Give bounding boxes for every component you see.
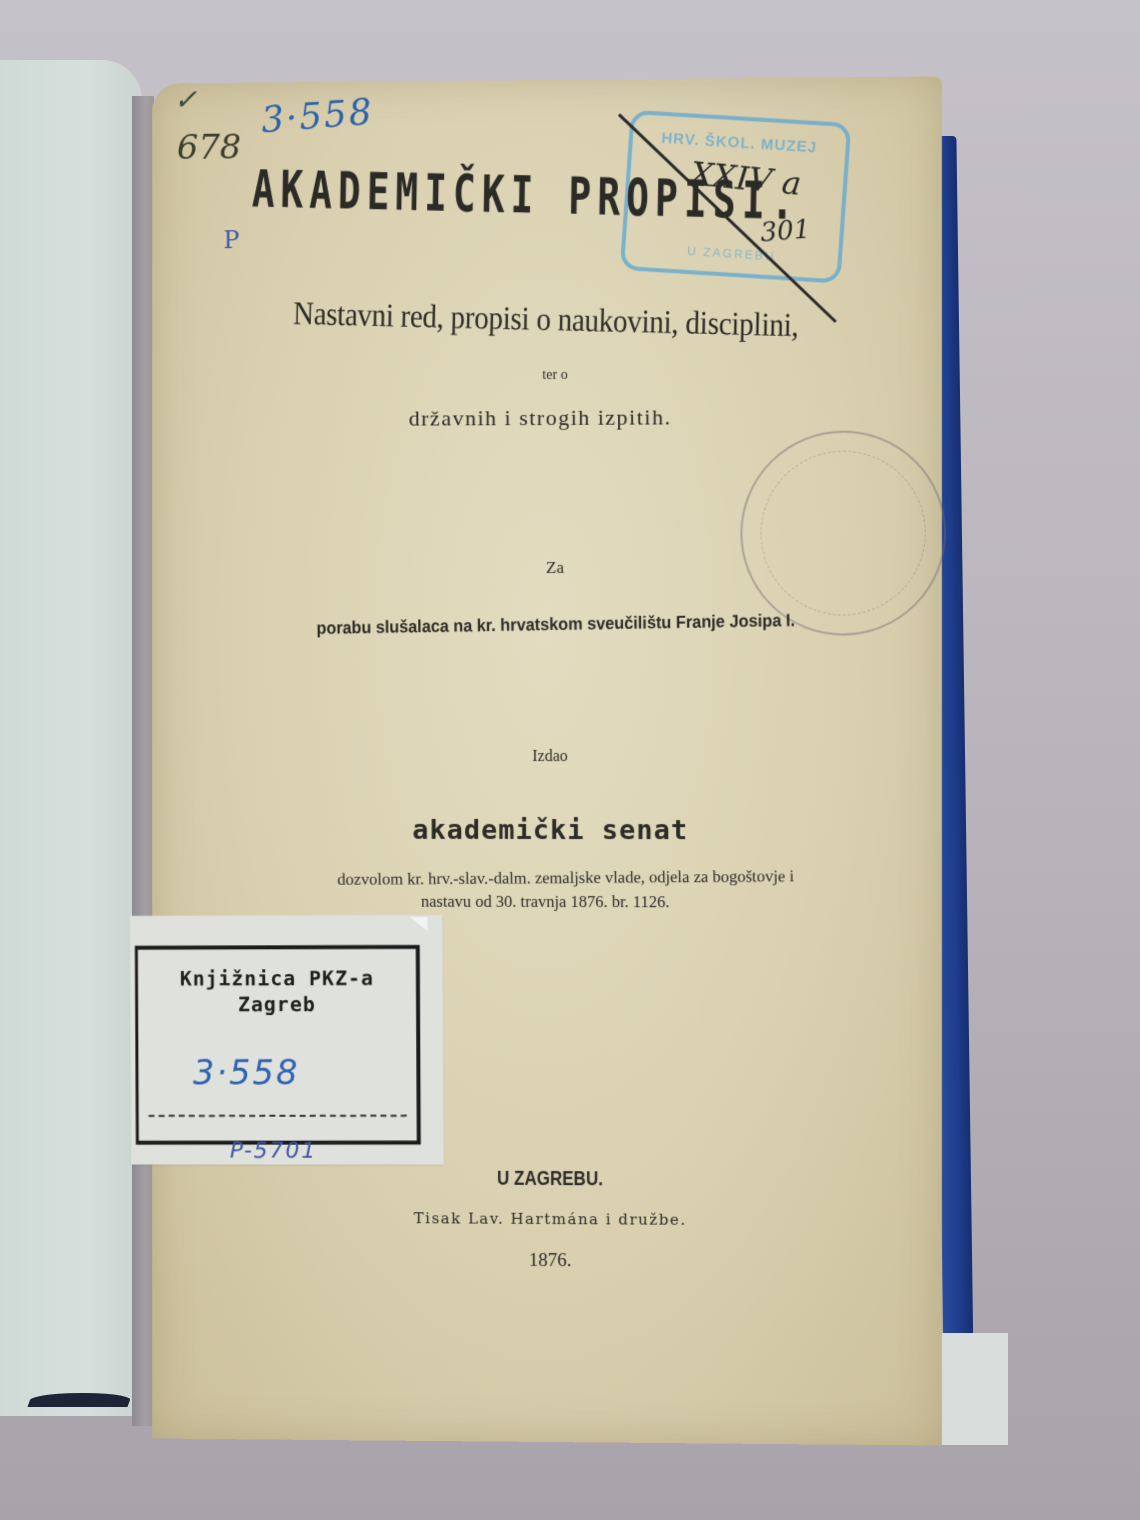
- handwritten-check-mark: ✓: [174, 83, 197, 116]
- permission-line-1: dozvolom kr. hrv.-slav.-dalm. zemaljske …: [192, 865, 942, 890]
- round-library-stamp: [740, 430, 946, 635]
- label-title: Knjižnica PKZ-a Zagreb: [146, 965, 408, 1017]
- handwritten-inventory-number: 3·558: [260, 92, 375, 142]
- label-title-line1: Knjižnica PKZ-a: [146, 965, 408, 992]
- label-sub-number: P-5701: [230, 1139, 317, 1164]
- subtitle-connector: ter o: [172, 366, 942, 386]
- label-title-line2: Zagreb: [146, 991, 408, 1017]
- permission-line-2: nastavu od 30. travnja 1876. br. 1126.: [152, 891, 942, 912]
- label-dotted-line: [149, 1115, 407, 1117]
- publication-year: 1876.: [162, 1248, 942, 1275]
- book-subtitle-2: državnih i strogih izpitih.: [142, 403, 942, 433]
- label-folded-corner: [410, 917, 428, 931]
- museum-stamp-line1: HRV. ŠKOL. MUZEJ: [632, 128, 846, 158]
- issued-by-label: Izdao: [162, 748, 942, 766]
- publication-place: U ZAGREBU.: [220, 1166, 883, 1193]
- title-page: ✓ 678 3·558 P HRV. ŠKOL. MUZEJ U ZAGREBU…: [152, 76, 942, 1445]
- left-cover-edge: [27, 1393, 132, 1407]
- label-frame: Knjižnica PKZ-a Zagreb 3·558: [135, 945, 421, 1145]
- for-label: Za: [172, 557, 942, 579]
- printer-line: Tisak Lav. Hartmána i družbe.: [162, 1208, 942, 1231]
- label-inventory-number: 3·558: [193, 1053, 300, 1093]
- issuer-name: akademički senat: [162, 815, 942, 847]
- book-subtitle: Nastavni red, propisi o naukovini, disci…: [199, 294, 895, 348]
- library-label: Knjižnica PKZ-a Zagreb 3·558 P-5701: [130, 915, 444, 1165]
- audience-line: porabu slušalaca na kr. hrvatskom sveuči…: [199, 608, 915, 641]
- left-flyleaf: [0, 60, 142, 1416]
- book-gutter: [132, 96, 154, 1426]
- handwritten-letter-p: P: [223, 226, 239, 254]
